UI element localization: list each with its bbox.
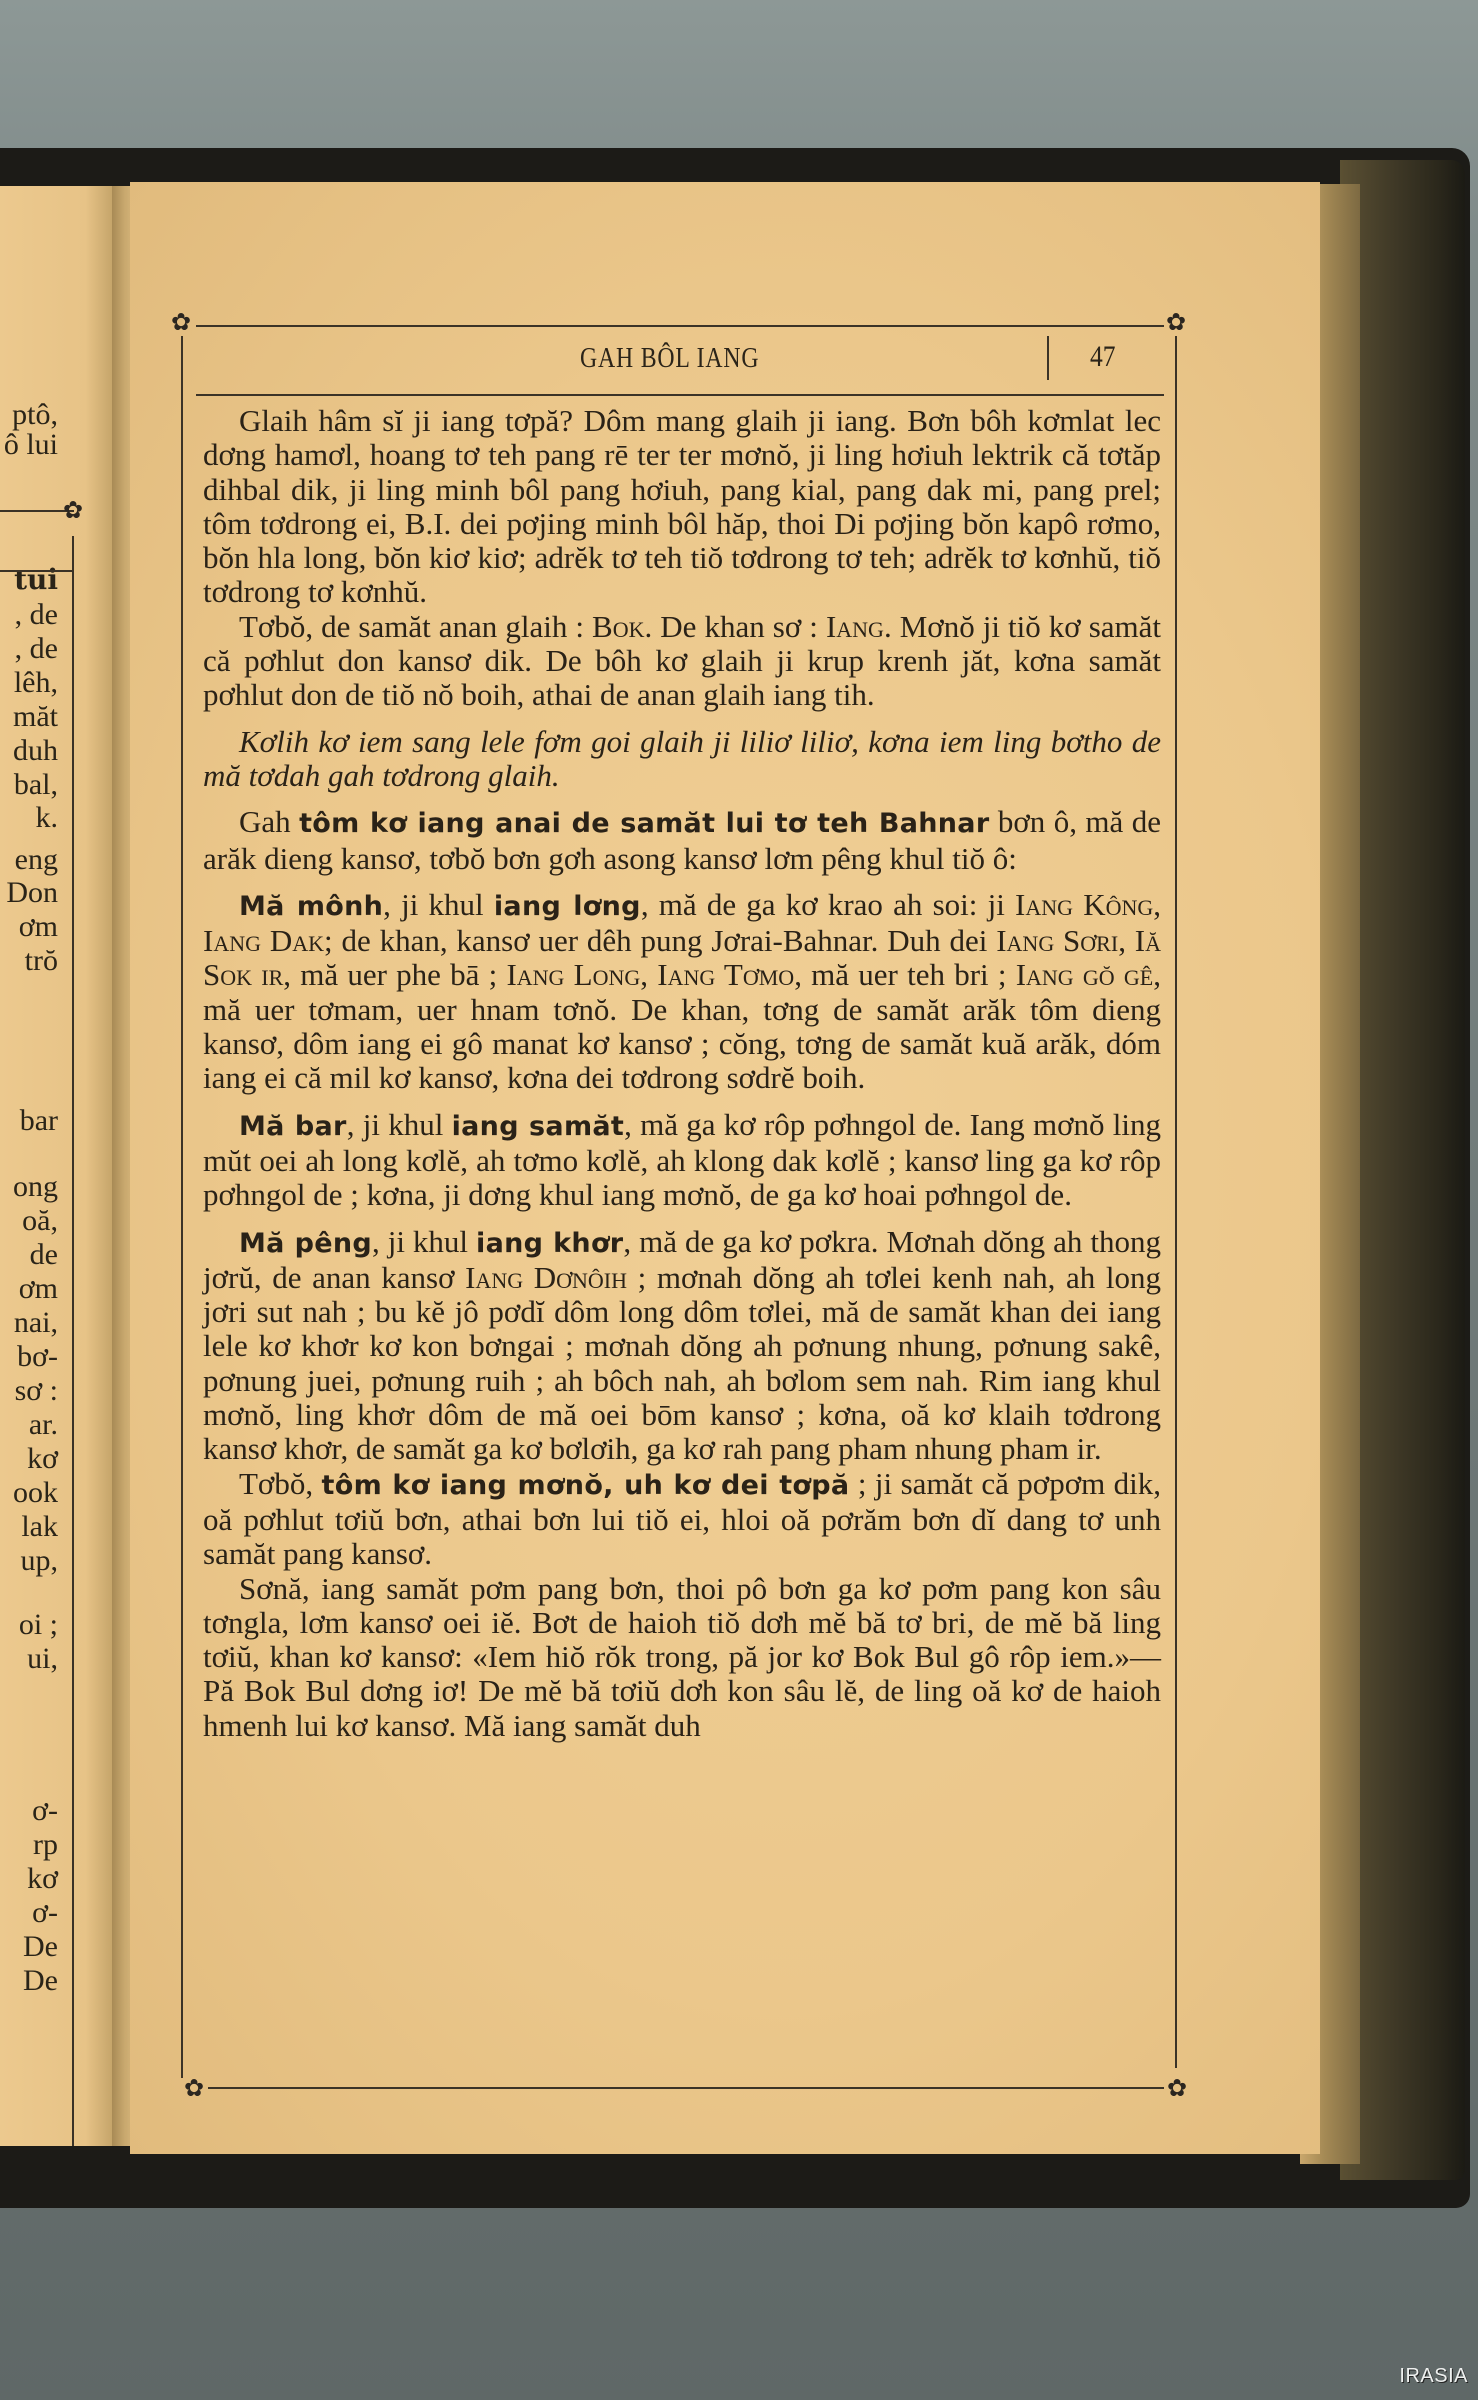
left-page-fragment: , de [15,598,58,631]
left-page-fragment: kơ [27,1442,58,1475]
small-caps-name: Iang [826,609,884,644]
left-page-fragment: ptô, [12,398,58,431]
page-body-text: Glaih hâm sĭ ji iang tơpă? Dôm mang glai… [203,404,1161,1743]
text-run: ; de khan, kansơ uer dêh pung Jơrai-Bahn… [324,923,996,958]
left-page-fragment: ook [13,1476,58,1509]
small-caps-name: Iang gŏ gê [1016,957,1154,992]
left-page-fragment: ar. [29,1408,58,1441]
header-separator [1047,336,1049,380]
left-page-fragment: ui, [27,1642,58,1675]
bold-text: tôm kơ iang anai de samăt lui tơ teh Bah… [299,808,989,839]
text-run: Tơbŏ, [239,1466,322,1501]
rosette-ornament-icon: ✿ [62,500,84,522]
text-run: Glaih hâm sĭ ji iang tơpă? Dôm mang glai… [203,403,1161,609]
watermark-label: IRASIA [1399,2365,1468,2388]
paragraph: Glaih hâm sĭ ji iang tơpă? Dôm mang glai… [203,404,1161,610]
paragraph: Tơbŏ, tôm kơ iang mơnŏ, uh kơ dei tơpă ;… [203,1467,1161,1572]
left-page-fragment: bơ- [17,1340,58,1373]
small-caps-name: Iang Dơnôih [465,1260,627,1295]
left-page-fragment: ơ- [32,1794,58,1827]
rosette-ornament-icon: ✿ [1166,2078,1188,2100]
left-page-fragment: Don [6,876,58,909]
text-run: , [640,957,657,992]
left-page-fragment: nai, [14,1306,58,1339]
paragraph: Gah tôm kơ iang anai de samăt lui tơ teh… [203,805,1161,876]
top-rule [196,325,1164,327]
left-page-fragment: sơ : [15,1374,58,1407]
running-head: GAH BÔL IANG [580,342,759,375]
bold-text: Mă mônh [239,891,383,922]
left-page-fragment: bal, [14,768,58,801]
bold-text: Mă bar [239,1111,347,1142]
text-run: Kơlih kơ iem sang lele fơm goi glaih ji … [203,724,1161,793]
bottom-rule [208,2087,1164,2089]
left-page-fragment: ơm [19,1272,58,1305]
small-caps-name: Iang Tơmo [657,957,794,992]
left-page: ptô,ô luitui, de, delêh,mătduhbal,k.engD… [0,186,122,2146]
small-caps-name: Iang Dak [203,923,324,958]
text-run: , mă de ga kơ krao ah soi: ji [641,887,1015,922]
bold-text: iang lơng [494,891,641,922]
right-frame-line [1175,336,1177,2068]
rosette-ornament-icon: ✿ [170,312,192,334]
small-caps-name: Iang Kông [1015,887,1153,922]
left-page-head-rule [0,570,74,572]
left-page-fragment: duh [13,734,58,767]
paragraph: Sơnă, iang samăt pơm pang bơn, thoi pô b… [203,1572,1161,1743]
text-run: , ji khul [347,1107,452,1142]
left-page-fragment: oă, [22,1204,58,1237]
left-page-fragment: oi ; [19,1608,58,1641]
text-run: , ji khul [372,1224,476,1259]
left-page-fragment: rp [33,1828,58,1861]
left-page-fragment: , de [15,632,58,665]
paragraph: Mă mônh, ji khul iang lơng, mă de ga kơ … [203,888,1161,1096]
left-page-fragment: tui [14,563,58,596]
header-rule [196,394,1164,396]
small-caps-name: Bok [592,609,644,644]
text-run: , ji khul [383,887,494,922]
bold-text: tôm kơ iang mơnŏ, uh kơ dei tơpă [322,1470,850,1501]
left-page-fragment: lak [21,1510,58,1543]
left-page-fragment: lêh, [14,666,58,699]
bold-text: Mă pêng [239,1228,372,1259]
left-page-fragment: ơm [19,910,58,943]
text-run: , mă uer phe bā ; [283,957,506,992]
small-caps-name: Iang Sơri [996,923,1118,958]
left-page-fragment: eng [15,843,58,876]
left-page-fragment: de [30,1238,58,1271]
left-frame-line [181,336,183,2078]
text-run: Sơnă, iang samăt pơm pang bơn, thoi pô b… [203,1571,1161,1743]
rosette-ornament-icon: ✿ [183,2078,205,2100]
bold-text: iang samăt [452,1111,625,1142]
left-page-frame-line [72,536,74,2146]
left-page-fragment: ơ- [32,1896,58,1929]
text-run: , mă uer teh bri ; [794,957,1016,992]
text-run: . De khan sơ : [644,609,825,644]
left-page-fragment: măt [13,700,58,733]
rosette-ornament-icon: ✿ [1165,312,1187,334]
bold-text: iang khơr [476,1228,623,1259]
left-page-fragment: trŏ [25,944,58,977]
left-page-fragment: De [23,1964,58,1997]
paragraph: Tơbŏ, de samăt anan glaih : Bok. De khan… [203,610,1161,713]
text-run: , [1153,887,1161,922]
paragraph: Mă bar, ji khul iang samăt, mă ga kơ rôp… [203,1108,1161,1213]
left-page-fragment: kơ [27,1862,58,1895]
left-page-fragment: ô lui [4,428,58,461]
small-caps-name: Iang Long [506,957,640,992]
paragraph: Kơlih kơ iem sang lele fơm goi glaih ji … [203,725,1161,794]
left-page-fragment: bar [20,1104,58,1137]
text-run: , [1118,923,1135,958]
left-page-fragment: k. [36,801,59,834]
page-number: 47 [1090,340,1116,374]
text-run: Gah [239,804,299,839]
paragraph: Mă pêng, ji khul iang khơr, mă de ga kơ … [203,1225,1161,1467]
left-page-fragment: ong [13,1170,58,1203]
left-page-fragment: De [23,1930,58,1963]
text-run: Tơbŏ, de samăt anan glaih : [239,609,592,644]
left-page-fragment: up, [21,1544,59,1577]
